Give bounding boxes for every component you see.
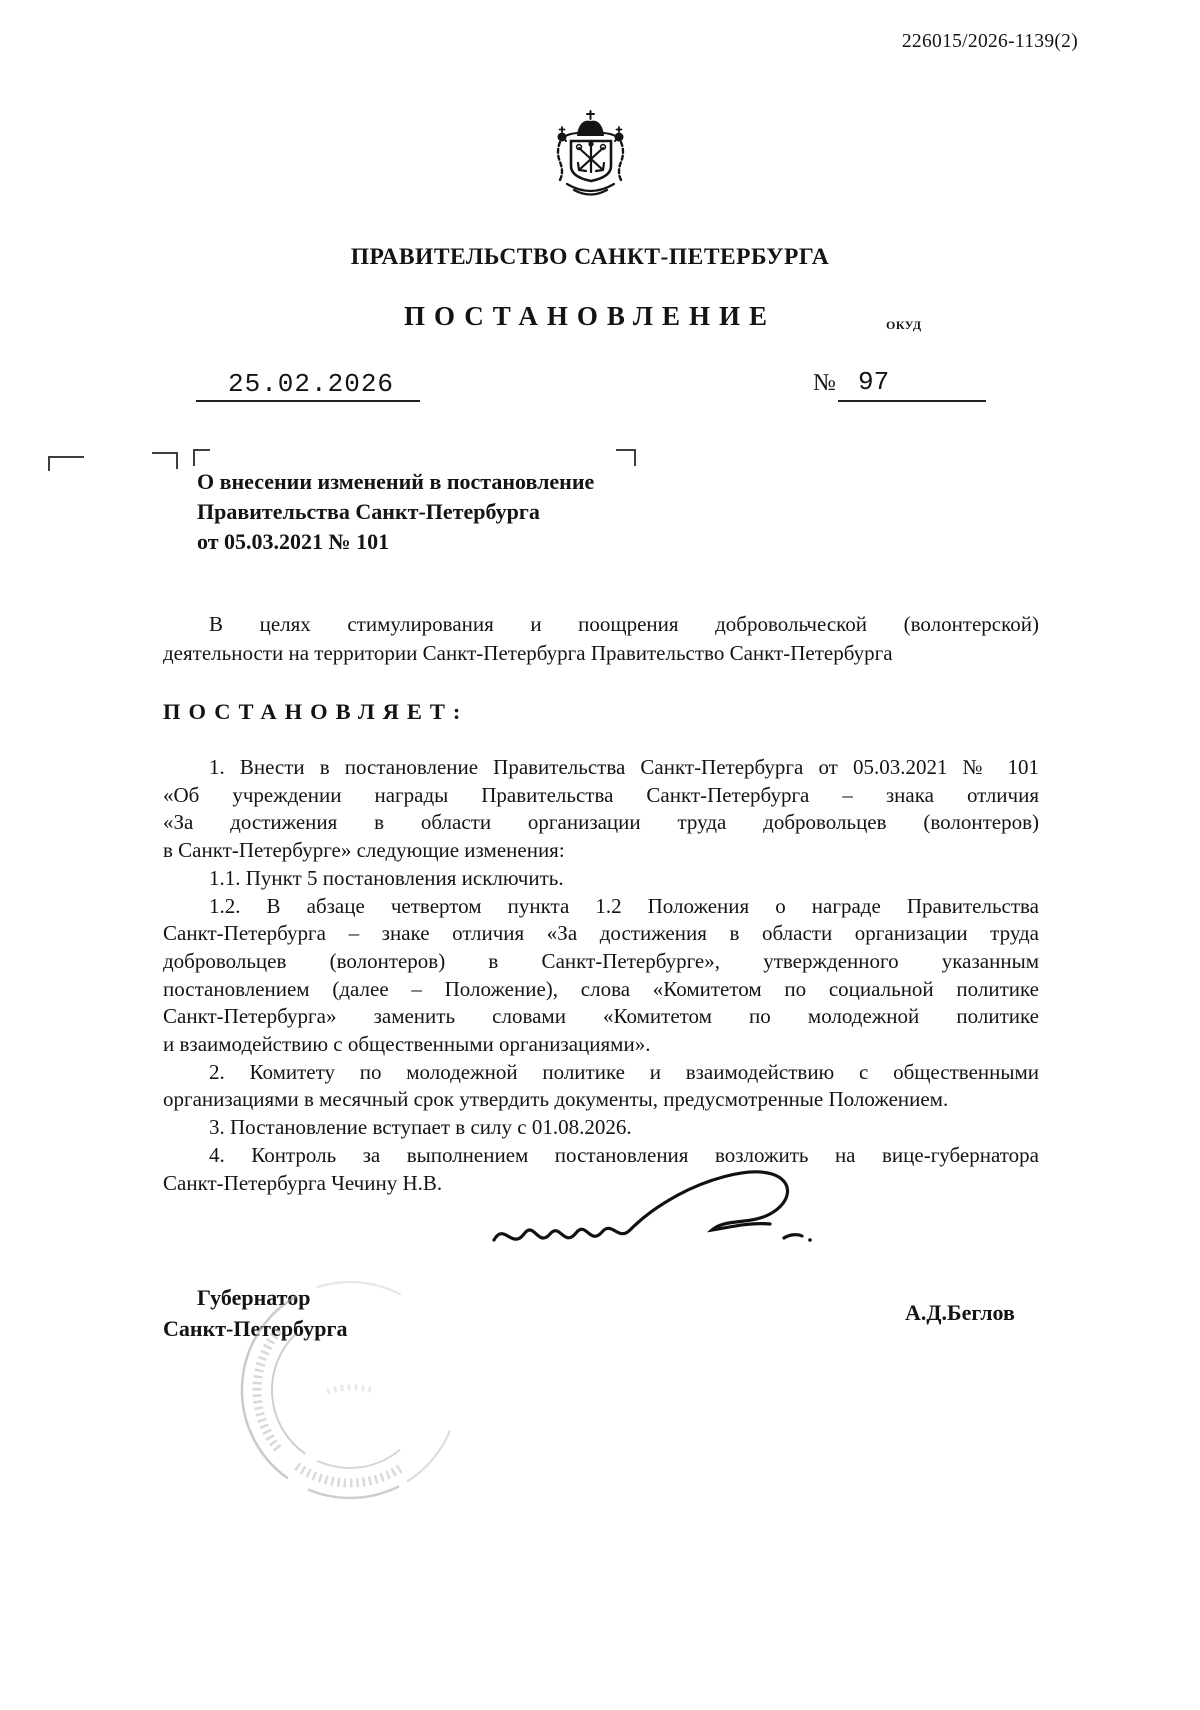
body-text-line: 2. Комитету по молодежной политике и вза… — [163, 1059, 1039, 1087]
resolves-heading: ПОСТАНОВЛЯЕТ: — [163, 697, 1039, 727]
body-text-line: «Об учреждении награды Правительства Сан… — [163, 782, 1039, 810]
decree-date: 25.02.2026 — [228, 369, 394, 399]
saint-petersburg-coat-of-arms-icon — [533, 106, 648, 214]
body-text-line: в Санкт-Петербурге» следующие изменения: — [163, 837, 1039, 865]
body-text-line: добровольцев (волонтеров) в Санкт-Петерб… — [163, 948, 1039, 976]
body-text-line: «За достижения в области организации тру… — [163, 809, 1039, 837]
decree-body: В целях стимулирования и поощрения добро… — [163, 610, 1039, 1197]
signer-name: А.Д.Беглов — [905, 1300, 1015, 1326]
body-text-line: В целях стимулирования и поощрения добро… — [163, 610, 1039, 639]
round-stamp — [232, 1272, 468, 1508]
body-text-line: организациями в месячный срок утвердить … — [163, 1086, 1039, 1114]
form-corner-mark — [193, 449, 210, 466]
body-text-line: Санкт-Петербурга» заменить словами «Коми… — [163, 1003, 1039, 1031]
body-text-line: 1. Внести в постановление Правительства … — [163, 754, 1039, 782]
subject-line: от 05.03.2021 № 101 — [197, 527, 594, 557]
body-text-line: 3. Постановление вступает в силу с 01.08… — [163, 1114, 1039, 1142]
body-text-line: Санкт-Петербурга – знаке отличия «За дос… — [163, 920, 1039, 948]
decree-paragraphs: 1. Внести в постановление Правительства … — [163, 754, 1039, 1197]
government-name-heading: ПРАВИТЕЛЬСТВО САНКТ-ПЕТЕРБУРГА — [0, 244, 1180, 271]
body-text-line: 1.1. Пункт 5 постановления исключить. — [163, 865, 1039, 893]
document-type-heading: ПОСТАНОВЛЕНИЕ — [0, 301, 1180, 332]
decree-document-page: 226015/2026-1139(2) ПРАВИТЕЛЬСТВО САНКТ-… — [0, 0, 1200, 1710]
okud-form-label: ОКУД — [886, 318, 922, 333]
form-corner-mark — [152, 452, 178, 469]
subject-line: О внесении изменений в постановление — [197, 467, 594, 497]
governor-handwritten-signature — [488, 1162, 838, 1258]
subject-line: Правительства Санкт-Петербурга — [197, 497, 594, 527]
form-corner-mark — [48, 456, 84, 471]
body-text-line: деятельности на территории Санкт-Петербу… — [163, 639, 1039, 668]
decree-number: 97 — [858, 367, 889, 397]
body-text-line: постановлением (далее – Положение), слов… — [163, 976, 1039, 1004]
body-text-line: и взаимодействию с общественными организ… — [163, 1031, 1039, 1059]
body-text-line: 1.2. В абзаце четвертом пункта 1.2 Полож… — [163, 893, 1039, 921]
document-registration-number: 226015/2026-1139(2) — [902, 31, 1078, 53]
form-corner-mark — [616, 449, 636, 466]
number-underline — [838, 400, 986, 402]
decree-subject: О внесении изменений в постановление Пра… — [197, 467, 594, 557]
date-underline — [196, 400, 420, 402]
number-sign: № — [813, 370, 836, 397]
